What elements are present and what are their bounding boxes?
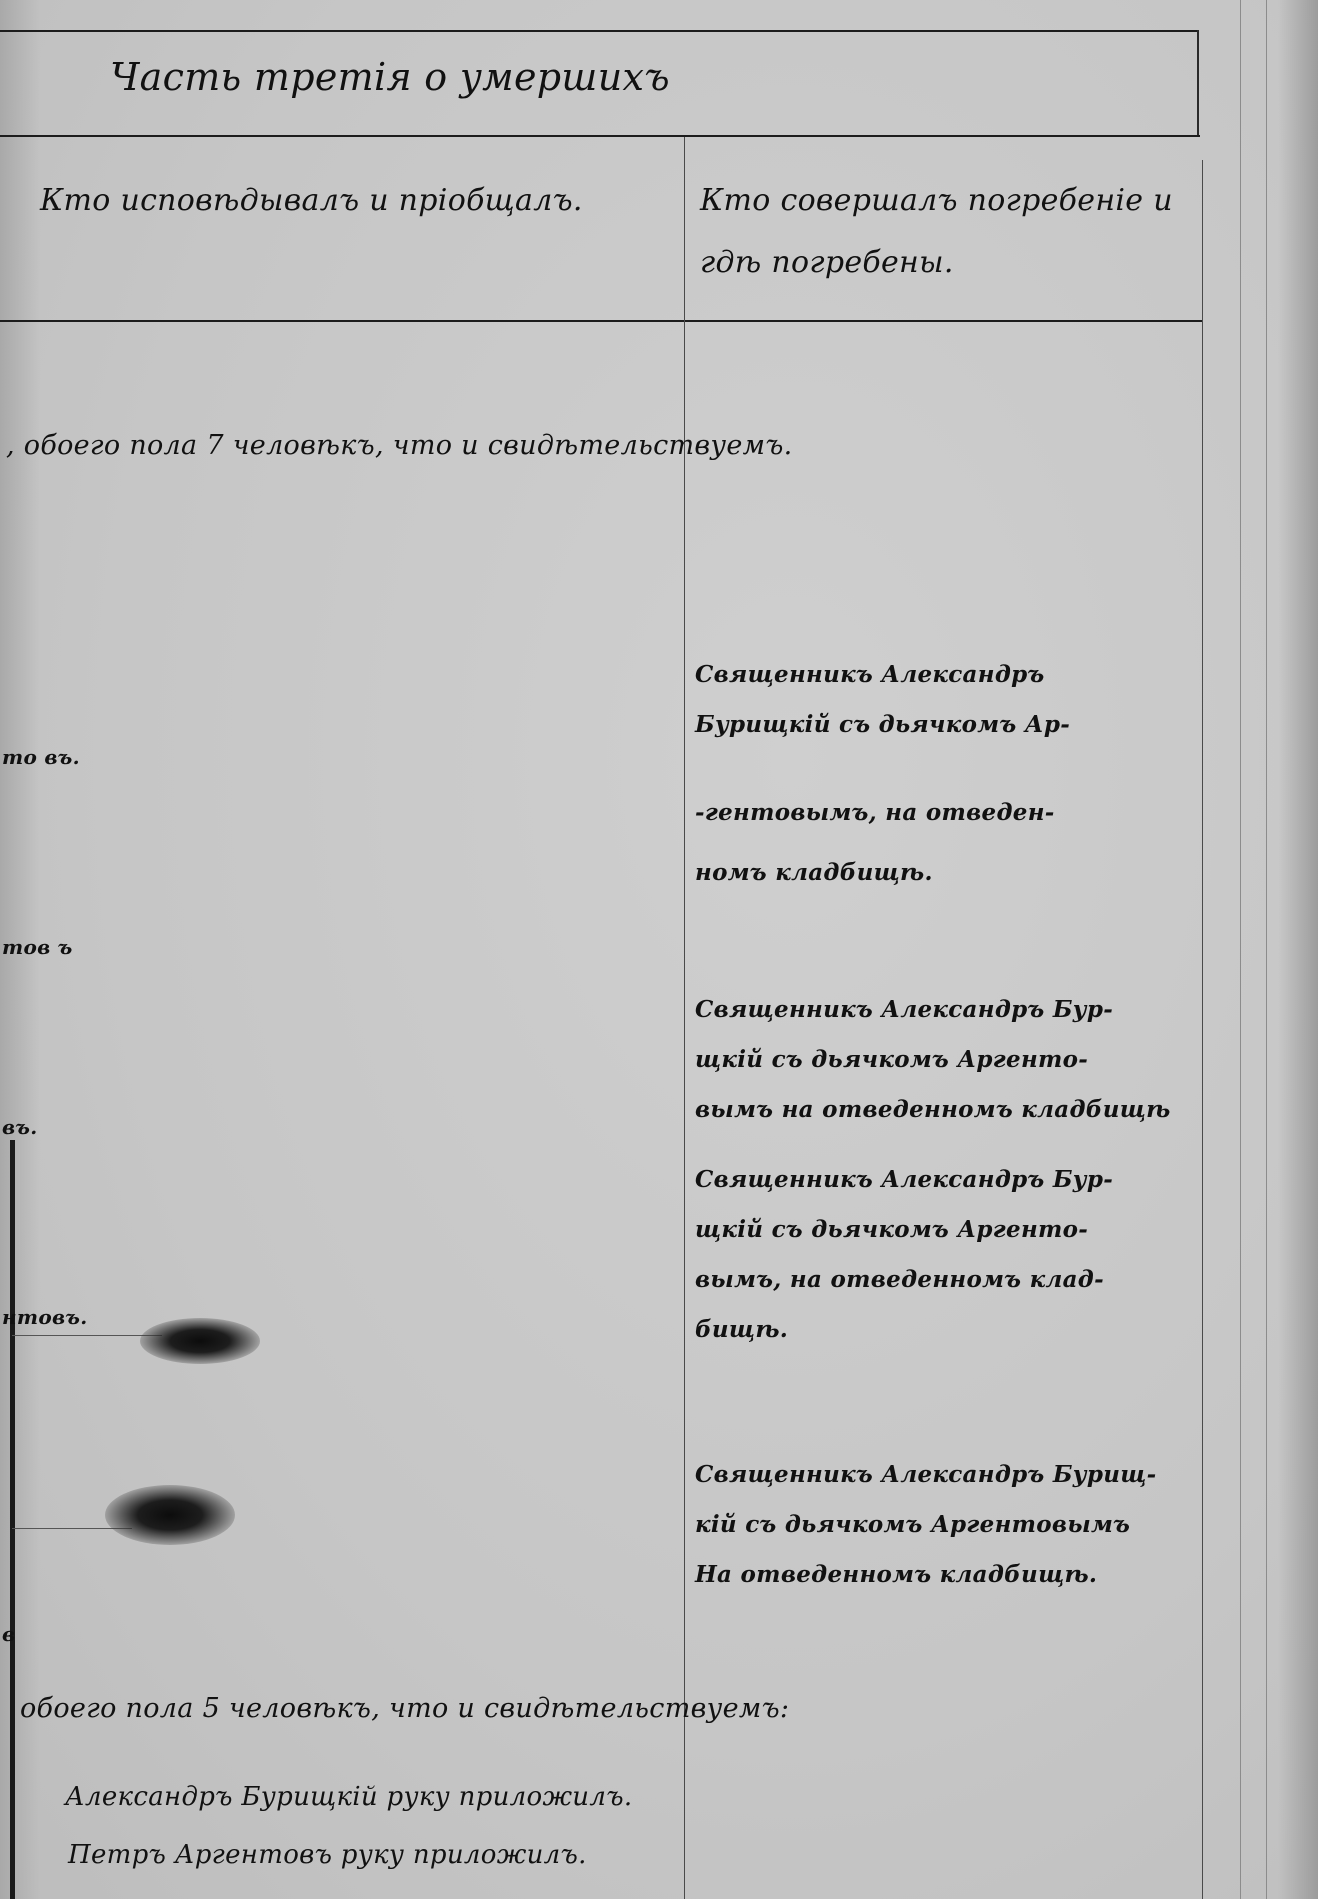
summary-top: , обоего пола 7 человѣкъ, что и свидѣтел…: [6, 430, 793, 461]
margin-fragment: в: [2, 1622, 15, 1646]
burial-entry: Священникъ Александръ Бур- щкій съ дьячк…: [695, 985, 1235, 1135]
ink-blot: [140, 1318, 260, 1364]
entry-line: вымъ на отведенномъ кладбищѣ: [695, 1085, 1235, 1135]
ink-blot: [105, 1485, 235, 1545]
section-title: Часть третія о умершихъ: [110, 55, 670, 99]
page-edge-line: [1266, 0, 1267, 1899]
entry-line: вымъ, на отведенномъ клад-: [695, 1255, 1235, 1305]
entry-line: Священникъ Александръ Бур-: [695, 985, 1235, 1035]
burial-entry: Священникъ Александръ Бурищ- кій съ дьяч…: [695, 1450, 1235, 1600]
entry-line: кій съ дьячкомъ Аргентовымъ: [695, 1500, 1235, 1550]
summary-bottom: обоего пола 5 человѣкъ, что и свидѣтельс…: [20, 1693, 789, 1724]
entry-line: Священникъ Александръ: [695, 650, 1235, 700]
binding-gutter-line: [10, 1140, 15, 1899]
entry-line: бищѣ.: [695, 1305, 1235, 1355]
header-bottom-rule: [0, 320, 1202, 322]
column-header-burial: Кто совершалъ погребеніе и гдѣ погребены…: [700, 170, 1220, 294]
entry-line: -гентовымъ, на отведен-: [695, 788, 1235, 838]
column-divider: [684, 137, 685, 1899]
margin-fragment: то въ.: [2, 745, 80, 769]
burial-entry: Священникъ Александръ Бур- щкій съ дьячк…: [695, 1155, 1235, 1355]
title-top-rule: [0, 30, 1198, 32]
entry-line: Священникъ Александръ Бур-: [695, 1155, 1235, 1205]
column-header-confessor: Кто исповѣдывалъ и пріобщалъ.: [40, 170, 670, 232]
entry-line: щкій съ дьячкомъ Аргенто-: [695, 1205, 1235, 1255]
entry-line: На отведенномъ кладбищѣ.: [695, 1550, 1235, 1600]
entry-line: номъ кладбищѣ.: [695, 848, 1235, 898]
document-page: Часть третія о умершихъ Кто исповѣдывалъ…: [0, 0, 1318, 1899]
margin-fragment: нтовъ.: [2, 1305, 88, 1329]
entry-line: Бурищкій съ дьячкомъ Ар-: [695, 700, 1235, 750]
signature-priest: Александръ Бурищкій руку приложилъ.: [65, 1782, 632, 1812]
stray-ink-line: [12, 1335, 162, 1336]
title-bottom-rule: [0, 135, 1200, 137]
page-edge-shadow: [1278, 0, 1318, 1899]
entry-line: щкій съ дьячкомъ Аргенто-: [695, 1035, 1235, 1085]
burial-entry: Священникъ Александръ Бурищкій съ дьячко…: [695, 650, 1235, 898]
title-box-right-rule: [1197, 30, 1199, 136]
signature-deacon: Петръ Аргентовъ руку приложилъ.: [68, 1840, 587, 1870]
margin-fragment: тов ъ: [2, 935, 73, 959]
page-edge-line: [1240, 0, 1241, 1899]
margin-fragment: въ.: [2, 1115, 38, 1139]
entry-line: Священникъ Александръ Бурищ-: [695, 1450, 1235, 1500]
